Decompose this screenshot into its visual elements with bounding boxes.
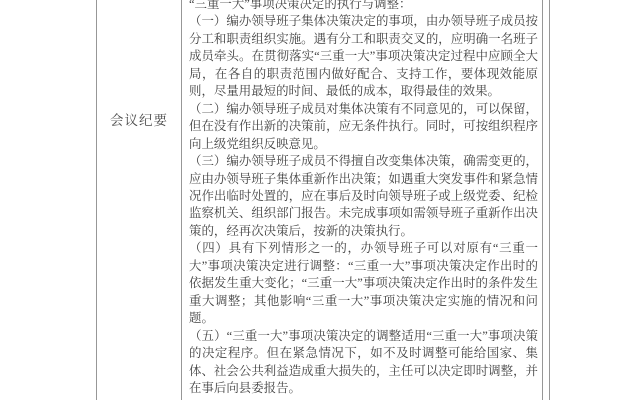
table-right-outer-border xyxy=(549,0,550,400)
content-heading: “三重一大”事项决策决定的执行与调整： xyxy=(189,0,538,13)
table-left-border xyxy=(96,0,97,400)
row-content-cell: “三重一大”事项决策决定的执行与调整： （一）编办领导班子集体决策决定的事项，由… xyxy=(189,0,538,397)
clauses-container: （一）编办领导班子集体决策决定的事项，由办领导班子成员按分工和职责组织实施。遇有… xyxy=(189,13,538,397)
document-page: 会议纪要 “三重一大”事项决策决定的执行与调整： （一）编办领导班子集体决策决定… xyxy=(0,0,640,400)
table-column-divider xyxy=(181,0,182,400)
clause-paragraph: （四）具有下列情形之一的，办领导班子可以对原有“三重一大”事项决策决定进行调整：… xyxy=(189,240,538,327)
clause-paragraph: （三）编办领导班子成员不得擅自改变集体决策，确需变更的，应由办领导班子集体重新作… xyxy=(189,153,538,240)
clause-paragraph: （一）编办领导班子集体决策决定的事项，由办领导班子成员按分工和职责组织实施。遇有… xyxy=(189,13,538,100)
table-right-inner-border xyxy=(542,0,543,400)
clause-paragraph: （五）“三重一大”事项决策决定的调整适用“三重一大”事项决策的决定程序。但在紧急… xyxy=(189,328,538,398)
clause-paragraph: （二）编办领导班子成员对集体决策有不同意见的，可以保留，但在没有作出新的决策前，… xyxy=(189,101,538,153)
row-header-meeting-minutes: 会议纪要 xyxy=(97,109,181,129)
